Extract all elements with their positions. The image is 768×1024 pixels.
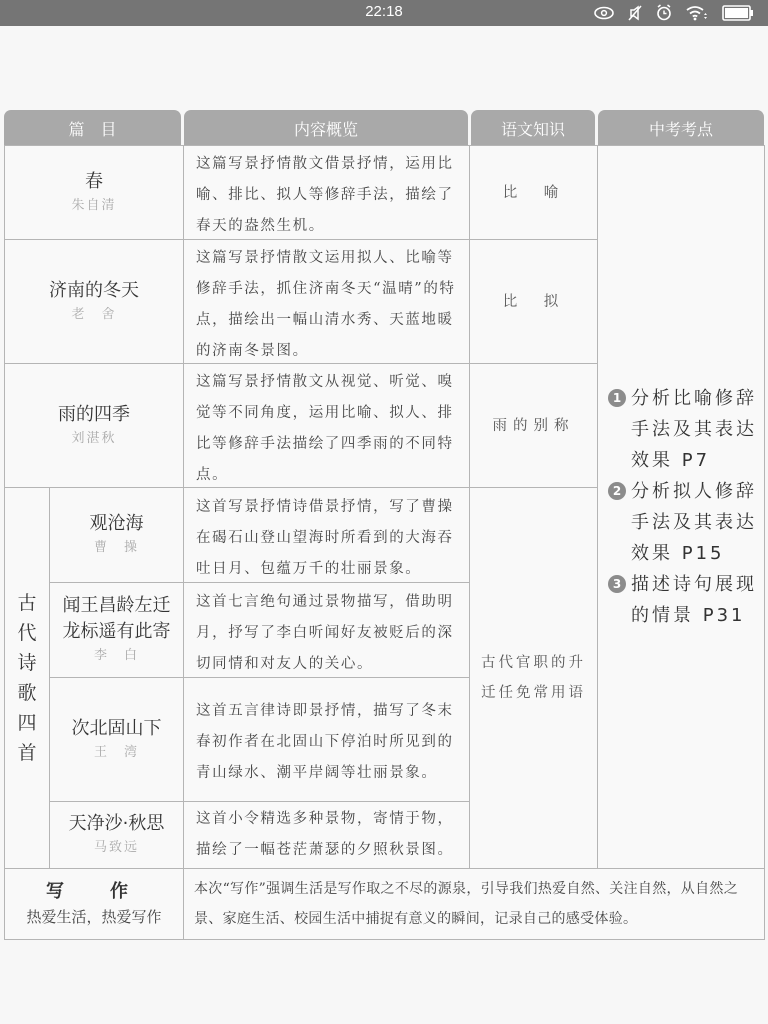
header-exam-points: 中考考点 (598, 110, 764, 146)
poem-content: 这首五言律诗即景抒情，描写了冬末春初作者在北固山下停泊时所见到的青山绿水、潮平岸… (184, 678, 470, 802)
poem-group-knowledge: 古代官职的升迁任免常用语 (470, 488, 598, 869)
exam-point-item: 2 分析拟人修辞手法及其表达效果 P15 (608, 476, 764, 569)
writing-title-cell: 写 作 热爱生活，热爱写作 (5, 869, 184, 940)
poem-group-label: 古 代 诗 歌 四 首 (5, 488, 50, 869)
exam-point-text: 分析比喻修辞手法及其表达效果 P7 (631, 383, 761, 476)
poem-title-line: 龙标遥有此寄 (63, 619, 171, 645)
label-char: 四 (17, 708, 36, 738)
poem-title: 次北固山下 (72, 716, 162, 742)
exam-point-text: 分析拟人修辞手法及其表达效果 P15 (631, 476, 761, 569)
table-row-title: 雨的四季 刘湛秋 (5, 364, 184, 488)
label-char: 歌 (17, 678, 36, 708)
content-text: 这首五言律诗即景抒情，描写了冬末春初作者在北固山下停泊时所见到的青山绿水、潮平岸… (196, 696, 459, 789)
poem-title: 天净沙·秋思 (69, 811, 165, 837)
poem-title-line: 闻王昌龄左迁 (63, 593, 171, 619)
status-bar: 22:18 (0, 0, 768, 26)
poem-title-cell: 观沧海 曹 操 (50, 488, 184, 583)
content-text: 本次“写作”强调生活是写作取之不尽的源泉，引导我们热爱自然、关注自然，从自然之景… (194, 874, 756, 934)
exam-point-text: 描述诗句展现的情景 P31 (631, 569, 761, 631)
content-text: 这篇写景抒情散文从视觉、听觉、嗅觉等不同角度，运用比喻、拟人、排比等修辞手法描绘… (196, 367, 459, 491)
lesson-author: 朱自清 (71, 195, 116, 217)
lesson-knowledge: 比 拟 (470, 240, 598, 364)
writing-title: 写 作 (46, 879, 142, 905)
lesson-title: 济南的冬天 (49, 278, 139, 304)
table-row-title: 春 朱自清 (5, 146, 184, 240)
lesson-title: 雨的四季 (58, 402, 130, 428)
poem-title-cell: 天净沙·秋思 马致远 (50, 802, 184, 869)
alarm-icon (656, 4, 672, 21)
number-badge-icon: 3 (608, 575, 626, 593)
lesson-content: 这篇写景抒情散文运用拟人、比喻等修辞手法，抓住济南冬天“温晴”的特点，描绘出一幅… (184, 240, 470, 364)
number-badge-icon: 1 (608, 389, 626, 407)
poem-content: 这首小令精选多种景物，寄情于物，描绘了一幅苍茫萧瑟的夕照秋景图。 (184, 802, 470, 869)
poem-title-cell: 次北固山下 王 湾 (50, 678, 184, 802)
eye-icon (594, 6, 614, 20)
label-char: 代 (17, 618, 36, 648)
poem-title-cell: 闻王昌龄左迁 龙标遥有此寄 李 白 (50, 583, 184, 678)
label-char: 古 (17, 588, 36, 618)
poem-title: 观沧海 (90, 511, 144, 537)
lesson-knowledge: 雨的别称 (470, 364, 598, 488)
number-badge-icon: 2 (608, 482, 626, 500)
writing-subtitle: 热爱生活，热爱写作 (26, 905, 161, 929)
content-text: 这篇写景抒情散文运用拟人、比喻等修辞手法，抓住济南冬天“温晴”的特点，描绘出一幅… (196, 243, 459, 367)
battery-icon (722, 5, 754, 21)
exam-point-item: 1 分析比喻修辞手法及其表达效果 P7 (608, 383, 764, 476)
content-text: 这篇写景抒情散文借景抒情，运用比喻、排比、拟人等修辞手法，描绘了春天的盎然生机。 (196, 149, 459, 242)
content-text: 这首七言绝句通过景物描写，借助明月，抒写了李白听闻好友被贬后的深切同情和对友人的… (196, 587, 459, 680)
content-text: 这首写景抒情诗借景抒情，写了曹操在碣石山登山望海时所看到的大海吞吐日月、包蕴万千… (196, 492, 459, 585)
poem-content: 这首写景抒情诗借景抒情，写了曹操在碣石山登山望海时所看到的大海吞吐日月、包蕴万千… (184, 488, 470, 583)
writing-content: 本次“写作”强调生活是写作取之不尽的源泉，引导我们热爱自然、关注自然，从自然之景… (184, 869, 765, 940)
lesson-knowledge: 比 喻 (470, 146, 598, 240)
header-knowledge: 语文知识 (471, 110, 595, 146)
poem-content: 这首七言绝句通过景物描写，借助明月，抒写了李白听闻好友被贬后的深切同情和对友人的… (184, 583, 470, 678)
poem-author: 李 白 (94, 645, 139, 667)
lesson-title: 春 (85, 169, 103, 195)
wifi-icon (686, 5, 708, 21)
exam-points: 1 分析比喻修辞手法及其表达效果 P7 2 分析拟人修辞手法及其表达效果 P15… (598, 146, 765, 869)
table-body: 春 朱自清 这篇写景抒情散文借景抒情，运用比喻、排比、拟人等修辞手法，描绘了春天… (4, 145, 765, 940)
label-char: 诗 (17, 648, 36, 678)
lesson-content: 这篇写景抒情散文从视觉、听觉、嗅觉等不同角度，运用比喻、拟人、排比等修辞手法描绘… (184, 364, 470, 488)
header-content: 内容概览 (184, 110, 468, 146)
lesson-author: 老 舍 (71, 304, 116, 326)
lesson-author: 刘湛秋 (71, 428, 116, 450)
mute-icon (628, 5, 642, 21)
poem-author: 曹 操 (94, 537, 139, 559)
poem-author: 马致远 (94, 837, 139, 859)
poem-author: 王 湾 (94, 742, 139, 764)
exam-point-item: 3 描述诗句展现的情景 P31 (608, 569, 764, 631)
content-text: 这首小令精选多种景物，寄情于物，描绘了一幅苍茫萧瑟的夕照秋景图。 (196, 804, 459, 866)
label-char: 首 (17, 738, 36, 768)
header-title: 篇 目 (4, 110, 181, 146)
lesson-content: 这篇写景抒情散文借景抒情，运用比喻、排比、拟人等修辞手法，描绘了春天的盎然生机。 (184, 146, 470, 240)
table-row-title: 济南的冬天 老 舍 (5, 240, 184, 364)
